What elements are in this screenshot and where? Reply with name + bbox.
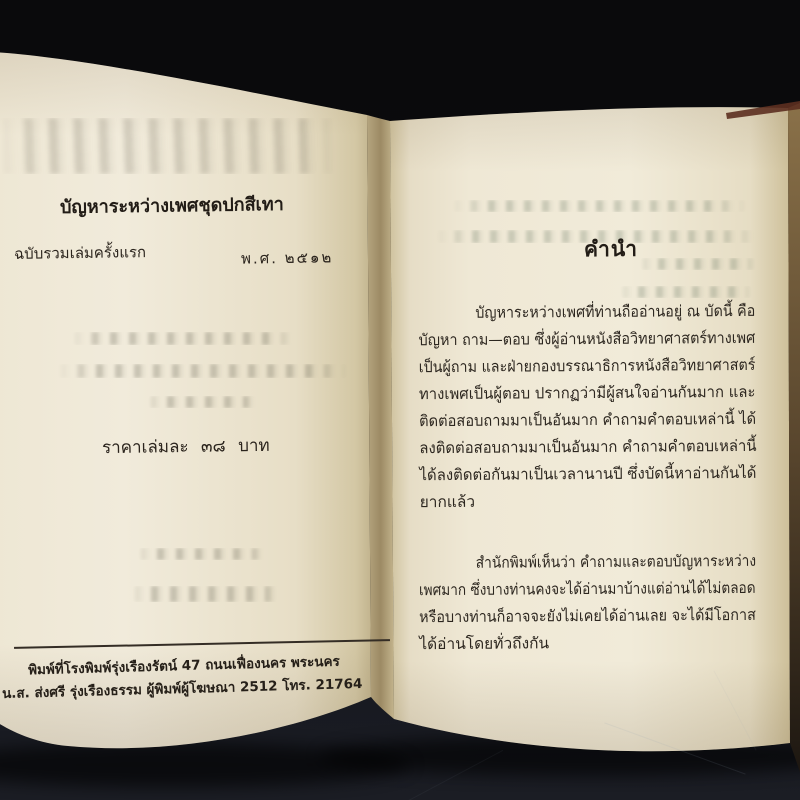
preface-paragraph-1: บัญหาระหว่างเพศที่ท่านถืออ่านอยู่ ณ บัดน… [418,298,759,516]
preface-paragraph-2: สำนักพิมพ์เห็นว่า คำถามและตอบบัญหาระหว่า… [419,548,760,658]
paragraph-line: ยากแล้ว [420,487,760,516]
preface-heading: คำนำ [584,233,638,266]
book-title-text: บัญหาระหว่างเพศชุดปกสีเทา [60,194,284,218]
price-line: ราคาเล่มละ ๓๘ บาท [102,432,270,461]
paragraph-line: บัญหาระหว่างเพศที่ท่านถืออ่านอยู่ ณ บัดน… [418,298,758,327]
book-title: บัญหาระหว่างเพศชุดปกสีเทา [60,188,360,221]
paragraph-line: เพศมาก ซึ่งบางท่านคงจะได้อ่านมาบ้างแต่อ่… [419,575,759,604]
paragraph-line: ได้อ่านโดยทั่วถึงกัน [419,629,759,658]
book-gutter [367,115,394,719]
paragraph-line: ได้ลงติดต่อกันมาเป็นเวลานานปี ซึ่งบัดนี้… [419,460,759,489]
paragraph-line: ลงติดต่อสอบถามมาเป็นอันมาก คำถามคำตอบเหล… [419,433,759,462]
paragraph-line: ทางเพศเป็นผู้ตอบ ปรากฏว่ามีผู้สนใจอ่านกั… [419,379,759,408]
paragraph-line: สำนักพิมพ์เห็นว่า คำถามและตอบบัญหาระหว่า… [419,548,759,577]
edition-year: พ.ศ. ๒๕๑๒ [241,245,334,270]
paragraph-line: เป็นผู้ถาม และฝ่ายกองบรรณาธิการหนังสือวิ… [419,352,759,381]
edition-label: ฉบับรวมเล่มครั้งแรก [14,240,146,266]
paragraph-line: บัญหา ถาม—ตอบ ซึ่งผู้อ่านหนังสือวิทยาศาส… [418,325,758,354]
fore-edge [788,103,800,772]
paragraph-line: ติดต่อสอบถามมาเป็นอันมาก คำถามคำตอบเหล่า… [419,406,759,435]
paragraph-line: หรือบางท่านก็อาจจะยังไม่เคยได้อ่านเลย จะ… [419,602,759,631]
book-photo-scene: บัญหาระหว่างเพศชุดปกสีเทา ฉบับรวมเล่มครั… [0,0,800,800]
